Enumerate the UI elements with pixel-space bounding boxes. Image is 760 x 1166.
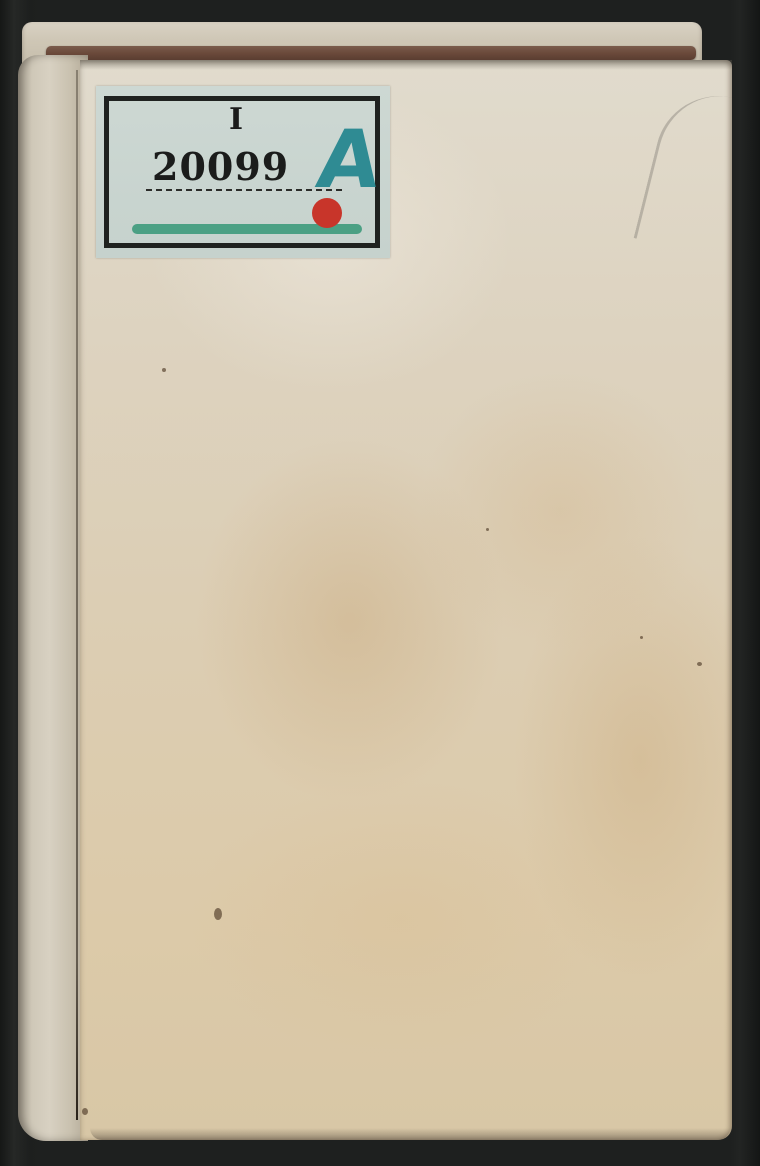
book-headcap [46,46,696,60]
stain-speck [697,662,702,666]
label-red-dot [312,198,342,228]
stain-speck [640,636,643,639]
cover-top-shadow [80,60,732,70]
spine-hinge-groove [76,70,78,1120]
stain-speck [486,528,489,531]
book-bottom-edge [90,1128,730,1140]
label-collection-letter: A [312,120,385,200]
library-shelfmark-label: I 20099 A [96,86,390,258]
label-shelf-number: 20099 [152,144,289,189]
stain-speck [214,908,222,920]
stain-speck [82,1108,88,1115]
label-class-numeral: I [96,102,336,137]
stain-speck [162,368,166,372]
